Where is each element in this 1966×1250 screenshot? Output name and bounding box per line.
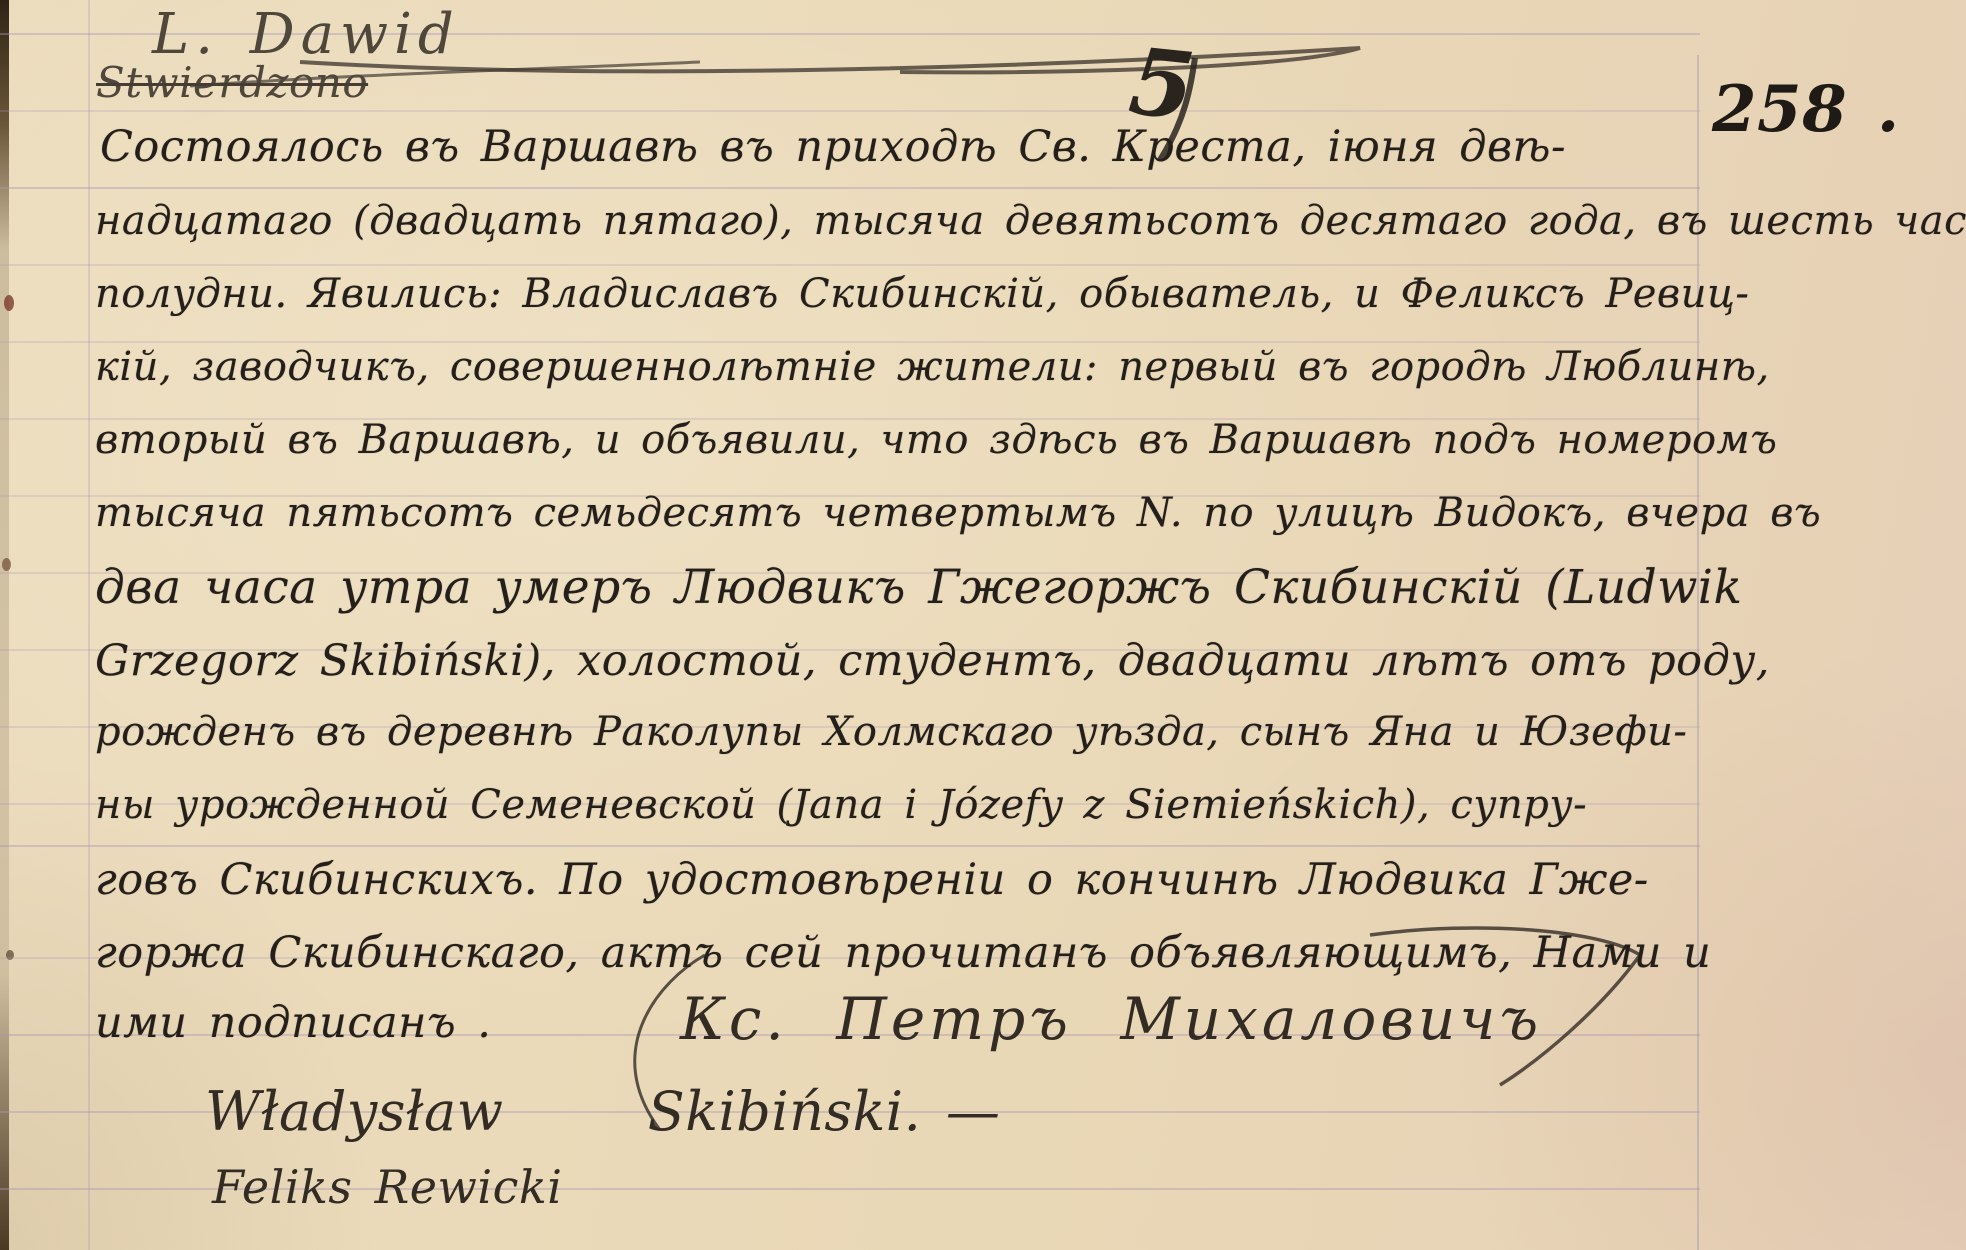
paper-speck [4, 295, 14, 311]
act-text-line: ны урожденной Семеневской (Jana i Józefy… [95, 782, 1587, 828]
ruled-line [0, 110, 1700, 112]
act-text-line: горжа Скибинскаго, актъ сей прочитанъ об… [95, 928, 1711, 978]
ruled-line [0, 341, 1700, 343]
witness-signature-1: Władysław Skibiński. — [205, 1080, 1000, 1143]
ruled-line [0, 264, 1700, 266]
witness-signature-2: Feliks Rewicki [212, 1160, 562, 1214]
act-text-line: надцатаго (двадцать пятаго), тысяча девя… [95, 198, 1966, 244]
act-text-line: ими подписанъ . [95, 998, 491, 1048]
act-text-line: рожденъ въ деревнѣ Раколупы Холмскаго уѣ… [95, 709, 1687, 755]
act-text-line: Состоялось въ Варшавѣ въ приходѣ Св. Кре… [100, 122, 1566, 172]
ruled-line [0, 845, 1700, 847]
act-text-line: полудни. Явились: Владиславъ Скибинскій,… [95, 271, 1749, 317]
act-number: 258 . [1712, 72, 1900, 147]
document-scan: L. Dawid Stwierdzono 258 . 5 Состоялось … [0, 0, 1966, 1250]
left-margin-line [88, 0, 90, 1250]
priest-signature: Кс. Петръ Михаловичъ [680, 985, 1542, 1053]
act-text-line: Grzegorz Skibiński), холостой, студентъ,… [95, 636, 1770, 686]
ruled-line [0, 187, 1700, 189]
act-text-line: два часа утра умеръ Людвикъ Гжегоржъ Ски… [95, 560, 1742, 615]
witness1-given-name: Władysław [205, 1080, 503, 1143]
act-text-line: тысяча пятьсотъ семьдесятъ четвертымъ N.… [95, 490, 1821, 536]
act-text-line: кій, заводчикъ, совершеннолѣтніе жители:… [95, 344, 1770, 390]
act-text-line: говъ Скибинскихъ. По удостовѣреніи о кон… [95, 855, 1649, 905]
witness1-surname: Skibiński. — [648, 1080, 1001, 1143]
margin-note-struck: Stwierdzono [96, 58, 368, 107]
act-text-line: вторый въ Варшавѣ, и объявили, что здѣсь… [95, 417, 1777, 463]
paper-speck [2, 558, 11, 571]
